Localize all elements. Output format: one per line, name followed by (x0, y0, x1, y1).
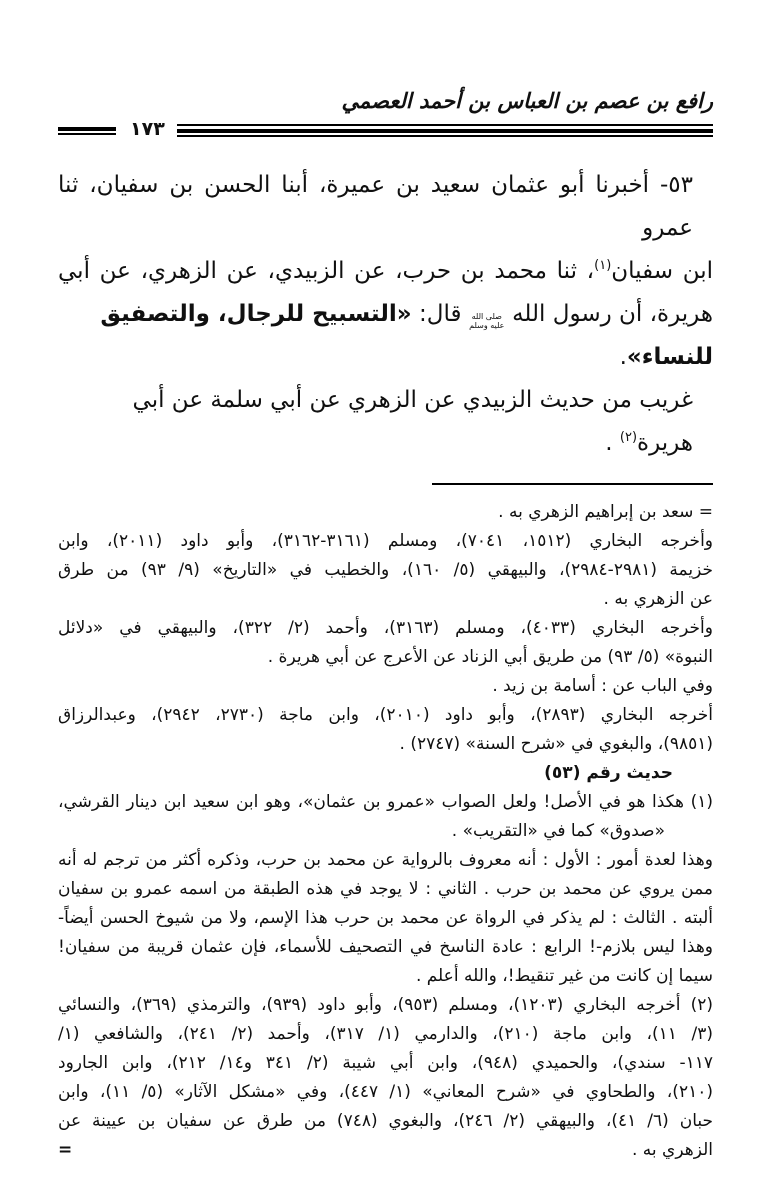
header-rule-long (177, 124, 713, 137)
footnote-line: وهذا لعدة أمور : الأول : أنه معروف بالرو… (58, 846, 713, 875)
footnote-line: (١) هكذا هو في الأصل! ولعل الصواب «عمرو … (58, 788, 713, 817)
footnote-line: سيما إن كانت من غير تنقيط!، والله أعلم . (58, 962, 713, 991)
text-segment: . (620, 344, 627, 370)
footnote-line: (٩٨٥١)، والبغوي في «شرح السنة» (٢٧٤٧) . (58, 730, 713, 759)
footnote-line: ممن يروي عن محمد بن حرب . الثاني : لا يو… (58, 875, 713, 904)
text-line: ٥٣- أخبرنا أبو عثمان سعيد بن عميرة، أبنا… (58, 164, 713, 250)
hadith-text: ٥٣- أخبرنا أبو عثمان سعيد بن عميرة، أبنا… (58, 164, 713, 465)
footnote-line: (٣/ ١١)، وابن ماجة (٢١٠)، والدارمي (١/ ٣… (58, 1020, 713, 1049)
text-segment: ، ثنا محمد بن حرب، عن الزبيدي، عن الزهري… (58, 258, 594, 284)
text-segment: أخرجه البخاري (٢٨٩٣)، وأبو داود (٢٠١٠)، … (58, 705, 713, 725)
running-header-title: رافع بن عصم بن العباس بن أحمد العصمي (58, 86, 713, 116)
text-segment: ١١٧- سندي)، والحميدي (٩٤٨)، وابن أبي شيب… (58, 1053, 713, 1073)
footnote-line: وهذا ليس بلازم-! الرابع : عادة الناسخ في… (58, 933, 713, 962)
text-segment: وأخرجه البخاري (٤٠٣٣)، ومسلم (٣١٦٣)، وأح… (58, 618, 713, 638)
text-segment: «صدوق» كما في «التقريب» . (452, 821, 665, 841)
text-segment: = سعد بن إبراهيم الزهري به . (498, 502, 713, 522)
footnote-line: حبان (٦/ ٤١)، والبيهقي (٢/ ٢٤٦)، والبغوي… (58, 1107, 713, 1136)
footnote-line: وأخرجه البخاري (١٥١٢، ٧٠٤١)، ومسلم (٣١٦١… (58, 527, 713, 556)
footnote-line: الزهري به .= (58, 1136, 713, 1165)
footnote-reference: (١) (594, 258, 611, 273)
footnote-line: أخرجه البخاري (٢٨٩٣)، وأبو داود (٢٠١٠)، … (58, 701, 713, 730)
rule-line (177, 124, 713, 126)
footnote-line: خزيمة (٢٩٨١-٢٩٨٤)، والبيهقي (٥/ ١٦٠)، وا… (58, 556, 713, 585)
text-segment: (١) هكذا هو في الأصل! ولعل الصواب «عمرو … (58, 792, 713, 812)
footnotes: = سعد بن إبراهيم الزهري به .وأخرجه البخا… (58, 498, 713, 1165)
text-segment: عن الزهري به . (604, 589, 713, 609)
text-segment: وأخرجه البخاري (١٥١٢، ٧٠٤١)، ومسلم (٣١٦١… (58, 531, 713, 551)
footnote-line: حديث رقم (٥٣) (58, 759, 713, 788)
text-segment: النبوة» (٥/ ٩٣) من طريق أبي الزناد عن ال… (268, 647, 713, 667)
text-segment: وهذا لعدة أمور : الأول : أنه معروف بالرو… (58, 850, 713, 870)
text-line: غريب من حديث الزبيدي عن الزهري عن أبي سل… (58, 379, 713, 465)
text-line: هريرة، أن رسول الله صلى الله عليه وسلم ق… (58, 293, 713, 379)
text-segment: هريرة، أن رسول الله (505, 301, 713, 327)
page-number: ١٧٣ (130, 120, 165, 139)
rule-line (177, 129, 713, 137)
text-segment: الزهري به . (632, 1136, 713, 1165)
text-segment: حبان (٦/ ٤١)، والبيهقي (٢/ ٢٤٦)، والبغوي… (58, 1111, 713, 1131)
text-segment: ألبته . الثالث : لم يذكر في الرواة عن مح… (58, 908, 713, 928)
footnote-line: (٢) أخرجه البخاري (١٢٠٣)، ومسلم (٩٥٣)، و… (58, 991, 713, 1020)
text-segment: ٥٣- أخبرنا أبو عثمان سعيد بن عميرة، أبنا… (58, 172, 693, 241)
text-segment: (٩٨٥١)، والبغوي في «شرح السنة» (٢٧٤٧) . (400, 734, 713, 754)
text-segment: وهذا ليس بلازم-! الرابع : عادة الناسخ في… (58, 937, 713, 957)
footnote-line: ١١٧- سندي)، والحميدي (٩٤٨)، وابن أبي شيب… (58, 1049, 713, 1078)
footnote-reference: (٢) (620, 430, 637, 445)
text-segment: ممن يروي عن محمد بن حرب . الثاني : لا يو… (58, 879, 713, 899)
footnote-separator (432, 483, 713, 485)
page-header: رافع بن عصم بن العباس بن أحمد العصمي ١٧٣ (58, 86, 713, 140)
header-rule-short (58, 127, 116, 135)
text-segment: وفي الباب عن : أسامة بن زيد . (492, 676, 713, 696)
continuation-mark: = (58, 1136, 72, 1165)
text-segment: (٣/ ١١)، وابن ماجة (٢١٠)، والدارمي (١/ ٣… (58, 1024, 713, 1044)
pbuh-symbol: صلى الله عليه وسلم (469, 312, 505, 330)
footnote-line: ألبته . الثالث : لم يذكر في الرواة عن مح… (58, 904, 713, 933)
book-page: رافع بن عصم بن العباس بن أحمد العصمي ١٧٣… (0, 0, 770, 1195)
footnote-line: «صدوق» كما في «التقريب» . (58, 817, 713, 846)
footnote-line: عن الزهري به . (58, 585, 713, 614)
emphasis-text: حديث رقم (٥٣) (544, 763, 673, 783)
footnote-line: النبوة» (٥/ ٩٣) من طريق أبي الزناد عن ال… (58, 643, 713, 672)
footnote-line: وأخرجه البخاري (٤٠٣٣)، ومسلم (٣١٦٣)، وأح… (58, 614, 713, 643)
text-segment: ابن سفيان (611, 258, 713, 284)
footnote-line: = سعد بن إبراهيم الزهري به . (58, 498, 713, 527)
text-segment: (٢) أخرجه البخاري (١٢٠٣)، ومسلم (٩٥٣)، و… (58, 995, 713, 1015)
text-segment: (٢١٠)، والطحاوي في «شرح المعاني» (١/ ٤٤٧… (58, 1082, 713, 1102)
footnote-line: (٢١٠)، والطحاوي في «شرح المعاني» (١/ ٤٤٧… (58, 1078, 713, 1107)
text-segment: سيما إن كانت من غير تنقيط!، والله أعلم . (416, 966, 713, 986)
text-segment: خزيمة (٢٩٨١-٢٩٨٤)، والبيهقي (٥/ ١٦٠)، وا… (58, 560, 713, 580)
text-line: ابن سفيان(١)، ثنا محمد بن حرب، عن الزبيد… (58, 250, 713, 293)
text-segment: قال: (412, 301, 469, 327)
footnote-line: وفي الباب عن : أسامة بن زيد . (58, 672, 713, 701)
text-segment: . (605, 430, 620, 456)
header-rule-row: ١٧٣ (58, 121, 713, 140)
